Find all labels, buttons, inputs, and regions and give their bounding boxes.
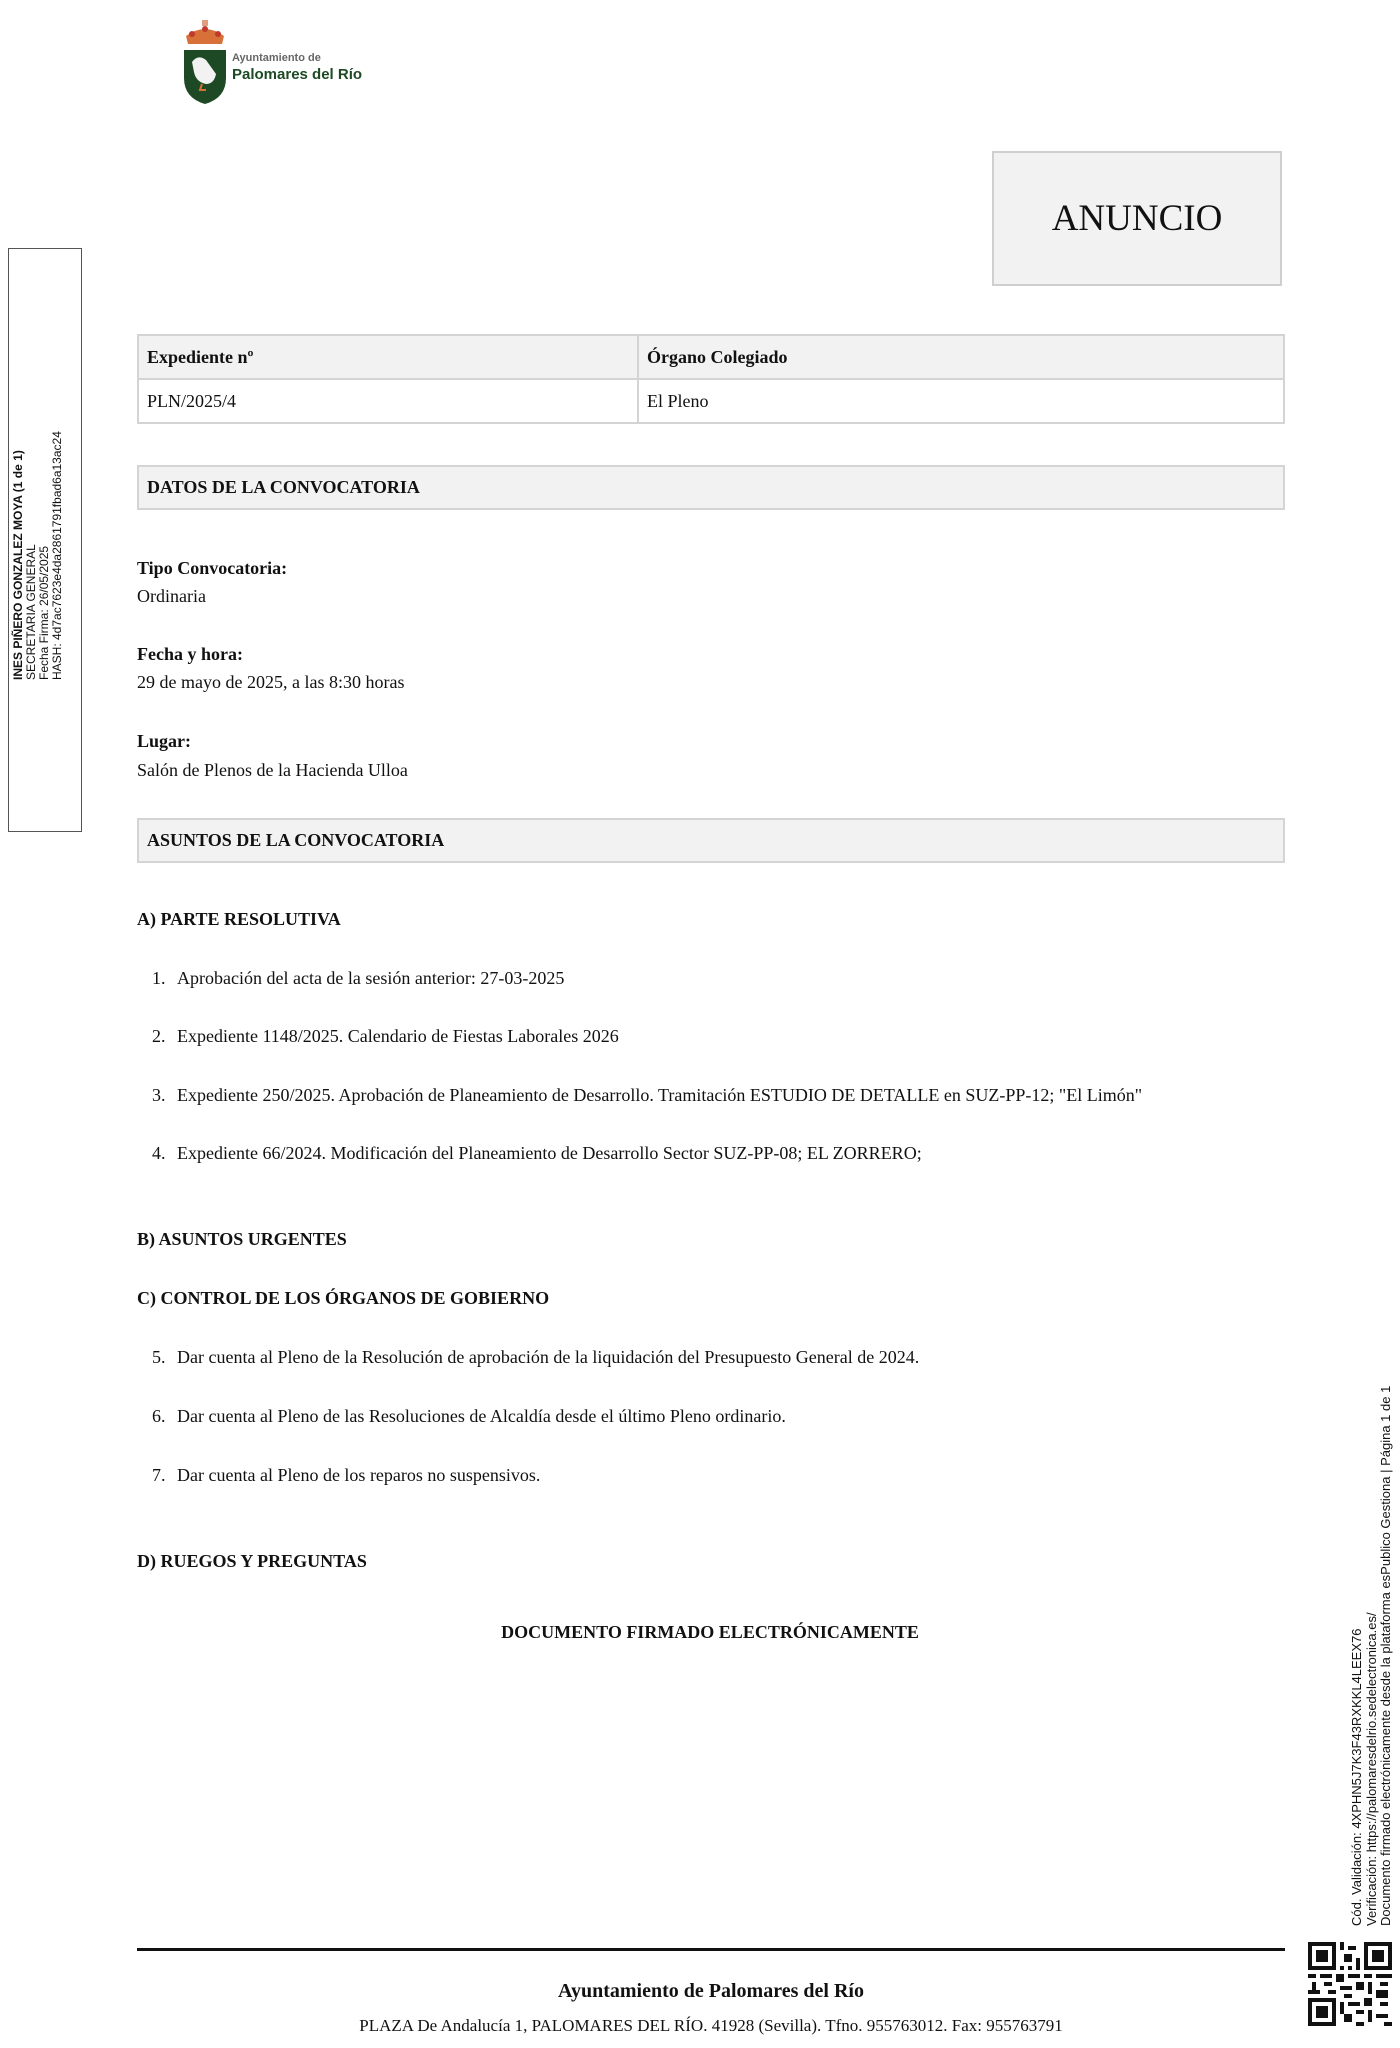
list-item: 4.Expediente 66/2024. Modificación del P… (152, 1143, 922, 1164)
list-item: 1.Aprobación del acta de la sesión anter… (152, 968, 564, 989)
logo-subtitle: Ayuntamiento de (232, 52, 321, 64)
expediente-value: PLN/2025/4 (138, 379, 638, 423)
verification-url: Verificación: https://palomaresdelrio.se… (1365, 1386, 1380, 1926)
municipal-logo: Ayuntamiento de Palomares del Río (180, 18, 370, 108)
lugar-value: Salón de Plenos de la Hacienda Ulloa (137, 760, 408, 781)
section-b-title: B) ASUNTOS URGENTES (137, 1229, 347, 1250)
platform-note: Documento firmado electrónicamente desde… (1379, 1386, 1394, 1926)
footer-divider (137, 1948, 1285, 1951)
list-item: 5.Dar cuenta al Pleno de la Resolución d… (152, 1347, 919, 1368)
header-expediente: Expediente nº (138, 335, 638, 379)
lugar-label: Lugar: (137, 731, 191, 752)
signed-notice: DOCUMENTO FIRMADO ELECTRÓNICAMENTE (0, 1622, 1400, 1643)
tipo-value: Ordinaria (137, 586, 206, 607)
asuntos-section-header: ASUNTOS DE LA CONVOCATORIA (137, 818, 1285, 863)
tipo-label: Tipo Convocatoria: (137, 558, 287, 579)
list-item: 6.Dar cuenta al Pleno de las Resolucione… (152, 1406, 786, 1427)
organo-value: El Pleno (638, 379, 1284, 423)
list-item: 3.Expediente 250/2025. Aprobación de Pla… (152, 1085, 1142, 1106)
table-row: PLN/2025/4 El Pleno (138, 379, 1284, 423)
signature-stamp-text: INES PIÑERO GONZALEZ MOYA (1 de 1) SECRE… (12, 431, 64, 680)
qr-code-icon (1308, 1942, 1392, 2026)
fecha-value: 29 de mayo de 2025, a las 8:30 horas (137, 672, 404, 693)
logo-title: Palomares del Río (232, 66, 362, 83)
validation-code: Cód. Validación: 4XPHN5J7K3F43RXKKL4LEEX… (1350, 1386, 1365, 1926)
verification-text: Cód. Validación: 4XPHN5J7K3F43RXKKL4LEEX… (1350, 1386, 1394, 1926)
document-title: ANUNCIO (992, 151, 1282, 286)
expediente-table: Expediente nº Órgano Colegiado PLN/2025/… (137, 334, 1285, 424)
header-organo: Órgano Colegiado (638, 335, 1284, 379)
list-item: 2.Expediente 1148/2025. Calendario de Fi… (152, 1026, 619, 1047)
section-c-title: C) CONTROL DE LOS ÓRGANOS DE GOBIERNO (137, 1288, 549, 1309)
table-header-row: Expediente nº Órgano Colegiado (138, 335, 1284, 379)
list-item: 7.Dar cuenta al Pleno de los reparos no … (152, 1465, 540, 1486)
signature-hash: HASH: 4d7ac7623e4da2861791fbad6a13ac24 (51, 431, 64, 680)
footer-org: Ayuntamiento de Palomares del Río (137, 1980, 1285, 2003)
footer-address: PLAZA De Andalucía 1, PALOMARES DEL RÍO.… (137, 2016, 1285, 2036)
fecha-label: Fecha y hora: (137, 644, 243, 665)
datos-section-header: DATOS DE LA CONVOCATORIA (137, 465, 1285, 510)
section-d-title: D) RUEGOS Y PREGUNTAS (137, 1551, 367, 1572)
section-a-title: A) PARTE RESOLUTIVA (137, 909, 341, 930)
coat-of-arms-icon (180, 18, 230, 108)
